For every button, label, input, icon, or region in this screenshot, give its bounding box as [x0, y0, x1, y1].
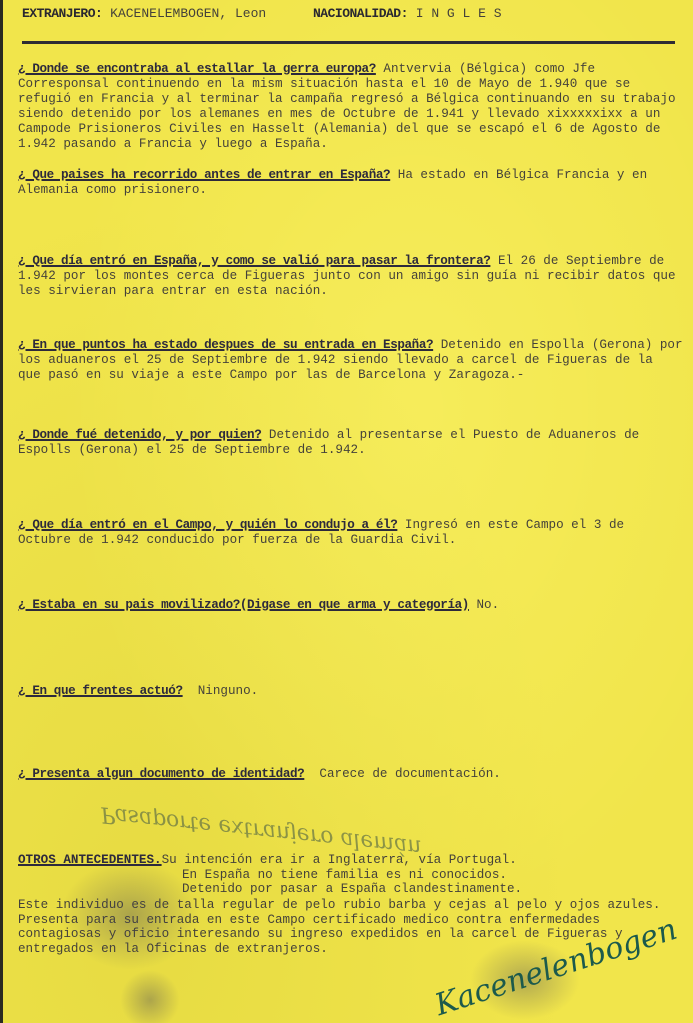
question-block: ¿ Que paises ha recorrido antes de entra… — [18, 168, 683, 198]
question-text: ¿ En que frentes actuó? — [18, 684, 183, 698]
question-text: ¿ Que paises ha recorrido antes de entra… — [18, 168, 390, 182]
question-text: ¿ Presenta algun documento de identidad? — [18, 767, 304, 781]
question-block: ¿ Que día entró en el Campo, y quién lo … — [18, 518, 683, 548]
answer-text: Carece de documentación. — [304, 767, 501, 781]
question-text: ¿ Que día entró en España, y como se val… — [18, 254, 490, 268]
question-block: ¿ Estaba en su pais movilizado?(Digase e… — [18, 598, 683, 613]
header-divider — [22, 41, 675, 44]
question-text: ¿ En que puntos ha estado despues de su … — [18, 338, 433, 352]
question-text: ¿ Que día entró en el Campo, y quién lo … — [18, 518, 397, 532]
extranjero-value: KACENELEMBOGEN, Leon — [110, 6, 266, 21]
question-block: ¿ Donde fué detenido, y por quien? Deten… — [18, 428, 683, 458]
question-block: ¿ En que puntos ha estado despues de su … — [18, 338, 683, 383]
fingerprint-smudge — [60, 860, 200, 970]
question-text: ¿ Estaba en su pais movilizado?(Digase e… — [18, 598, 469, 612]
nacionalidad-label: NACIONALIDAD: — [313, 6, 408, 21]
question-block: ¿ En que frentes actuó? Ninguno. — [18, 684, 683, 699]
document-page: EXTRANJERO: KACENELEMBOGEN, Leon NACIONA… — [0, 0, 693, 1023]
extranjero-label: EXTRANJERO: — [22, 6, 102, 21]
answer-text: Ninguno. — [183, 684, 259, 698]
fingerprint-smudge — [120, 970, 180, 1023]
handwritten-annotation: Pasaporte extranjero alemán — [100, 801, 423, 860]
question-text: ¿ Donde fué detenido, y por quien? — [18, 428, 261, 442]
answer-text: No. — [469, 598, 499, 612]
question-block: ¿ Presenta algun documento de identidad?… — [18, 767, 683, 782]
question-text: ¿ Donde se encontraba al estallar la ger… — [18, 62, 376, 76]
question-block: ¿ Que día entró en España, y como se val… — [18, 254, 683, 299]
nacionalidad-value: I N G L E S — [416, 6, 502, 21]
document-header: EXTRANJERO: KACENELEMBOGEN, Leon NACIONA… — [22, 6, 502, 21]
otros-line: Su intención era ir a Inglaterra, vía Po… — [162, 853, 517, 867]
question-block: ¿ Donde se encontraba al estallar la ger… — [18, 62, 683, 152]
